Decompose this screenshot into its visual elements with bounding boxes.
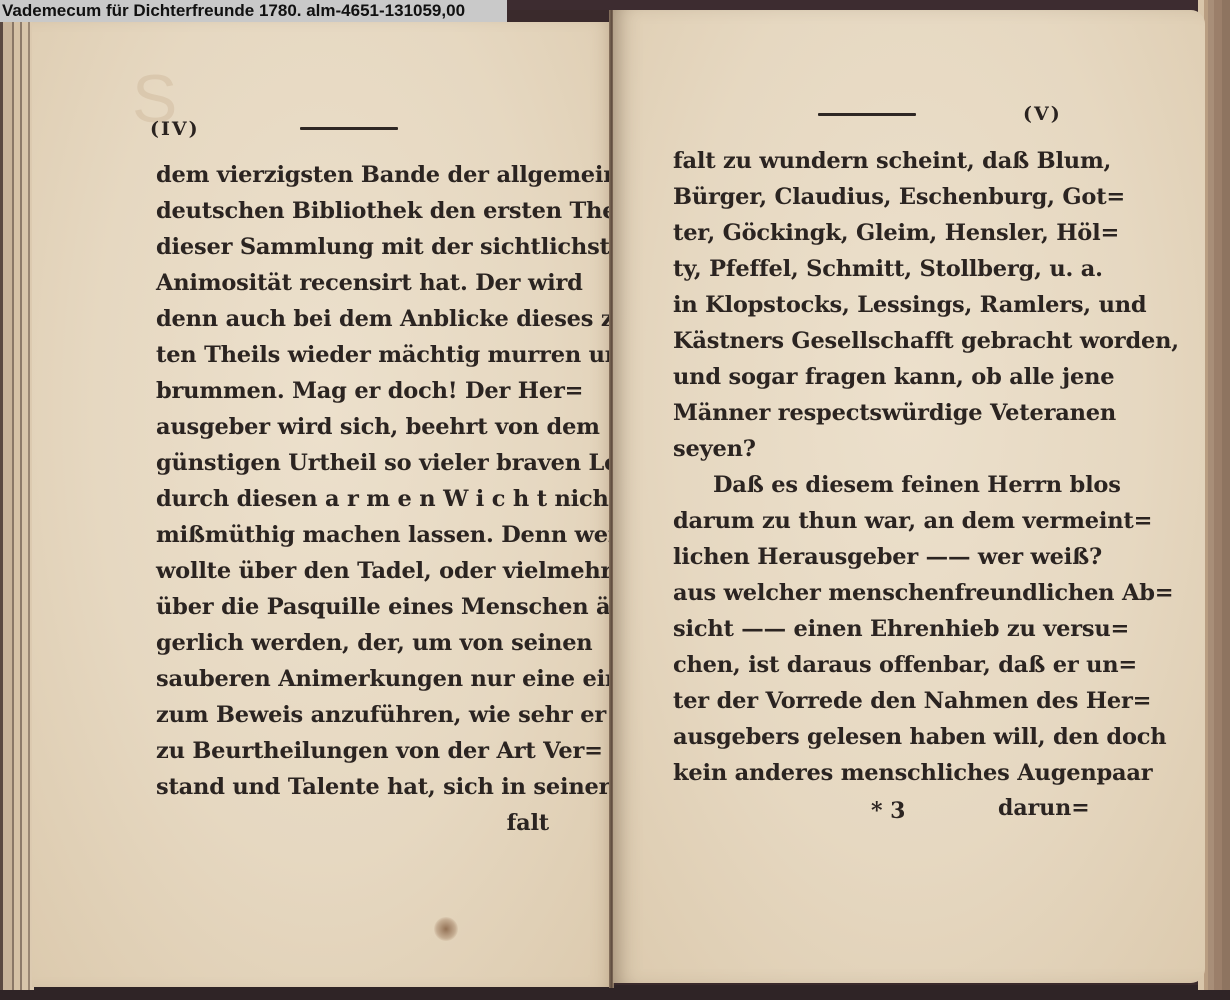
right-page: (V) falt zu wundern scheint, daß Blum, B…	[613, 10, 1205, 983]
text-line: wollte über den Tadel, oder vielmehr	[156, 558, 549, 584]
text-line: ausgebers gelesen haben will, den doch	[673, 724, 1063, 750]
text-line: und sogar fragen kann, ob alle jene	[673, 364, 1063, 390]
text-line: Bürger, Claudius, Eschenburg, Got=	[673, 184, 1063, 210]
header-rule-left	[300, 127, 398, 130]
text-line: gerlich werden, der, um von seinen	[156, 630, 549, 656]
text-line: Daß es diesem feinen Herrn blos	[673, 472, 1063, 498]
text-line: mißmüthig machen lassen. Denn wer	[156, 522, 549, 548]
text-line: aus welcher menschenfreundlichen Ab=	[673, 580, 1063, 606]
text-line: Animosität recensirt hat. Der wird	[156, 270, 549, 296]
text-line: in Klopstocks, Lessings, Ramlers, und	[673, 292, 1063, 318]
signature-mark: * 3	[871, 798, 905, 824]
text-line: über die Pasquille eines Menschen är=	[156, 594, 549, 620]
text-line: darum zu thun war, an dem vermeint=	[673, 508, 1063, 534]
text-line: ten Theils wieder mächtig murren und	[156, 342, 549, 368]
text-line: chen, ist daraus offenbar, daß er un=	[673, 652, 1063, 678]
text-line: ty, Pfeffel, Schmitt, Stollberg, u. a.	[673, 256, 1063, 282]
text-line: deutschen Bibliothek den ersten Theil	[156, 198, 549, 224]
text-line: dieser Sammlung mit der sichtlichsten	[156, 234, 549, 260]
foxing-stain	[434, 917, 458, 941]
text-line: zu Beurtheilungen von der Art Ver=	[156, 738, 549, 764]
text-line: günstigen Urtheil so vieler braven Leute…	[156, 450, 549, 476]
page-number-left: (IV)	[150, 118, 200, 140]
page-edge-stack-left	[0, 22, 34, 990]
page-number-right: (V)	[1023, 103, 1062, 125]
left-page: S (IV) dem vierzigsten Bande der allgeme…	[32, 22, 612, 987]
text-line: falt zu wundern scheint, daß Blum,	[673, 148, 1063, 174]
text-line: sauberen Animerkungen nur eine einzige	[156, 666, 549, 692]
window-title: Vademecum für Dichterfreunde 1780. alm-4…	[0, 0, 507, 22]
text-line: Männer respectswürdige Veteranen	[673, 400, 1063, 426]
text-line: kein anderes menschliches Augenpaar	[673, 760, 1063, 786]
catchword-left: falt	[156, 810, 549, 836]
text-line: seyen?	[673, 436, 1063, 462]
text-line: ter der Vorrede den Nahmen des Her=	[673, 688, 1063, 714]
text-line: brummen. Mag er doch! Der Her=	[156, 378, 549, 404]
text-line: zum Beweis anzuführen, wie sehr er	[156, 702, 549, 728]
header-rule-right	[818, 113, 916, 116]
text-line: ausgeber wird sich, beehrt von dem	[156, 414, 549, 440]
text-line: dem vierzigsten Bande der allgemeinen	[156, 162, 549, 188]
text-line: stand und Talente hat, sich in seiner Ei…	[156, 774, 549, 800]
text-line: sicht —— einen Ehrenhieb zu versu=	[673, 616, 1063, 642]
text-line: lichen Herausgeber —— wer weiß?	[673, 544, 1063, 570]
text-line: durch diesen a r m e n W i c h t nicht	[156, 486, 549, 512]
catchword-right: darun=	[998, 795, 1090, 821]
text-line: denn auch bei dem Anblicke dieses zwei=	[156, 306, 549, 332]
text-line: Kästners Gesellschafft gebracht worden,	[673, 328, 1063, 354]
bottom-background	[0, 985, 1230, 1000]
text-line: ter, Göckingk, Gleim, Hensler, Höl=	[673, 220, 1063, 246]
